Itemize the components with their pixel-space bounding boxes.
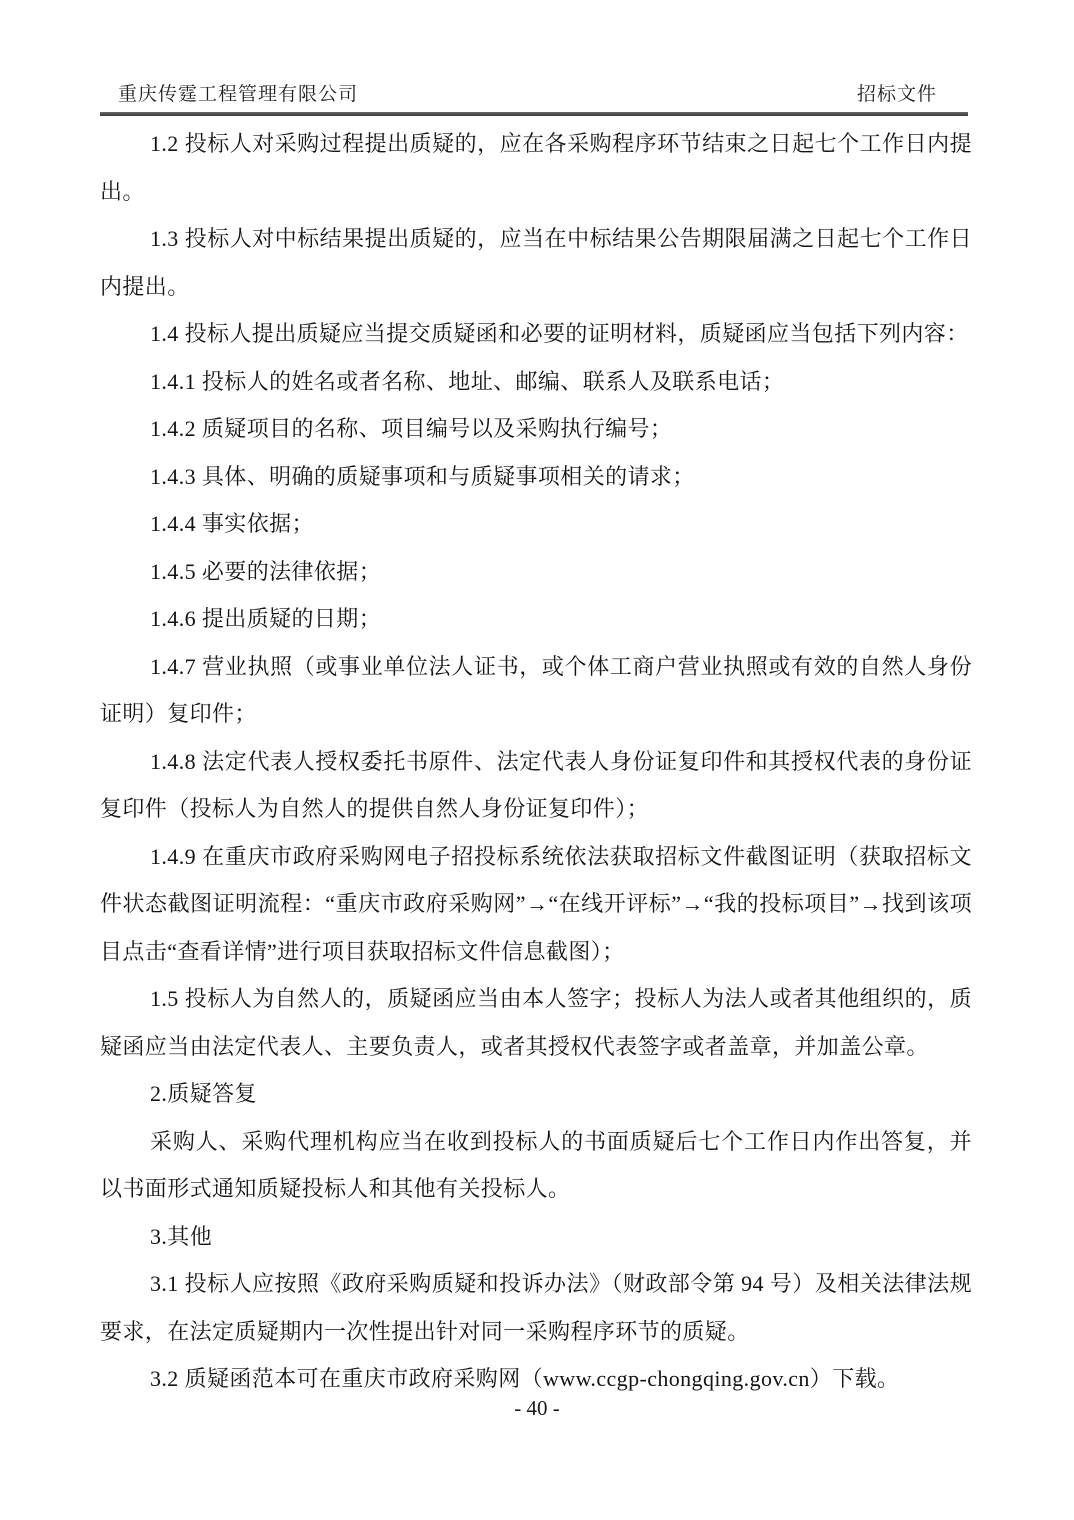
page-footer: - 40 - — [0, 1396, 1074, 1421]
paragraph: 1.4.6 提出质疑的日期； — [100, 595, 972, 643]
paragraph: 1.4.5 必要的法律依据； — [100, 548, 972, 596]
paragraph: 1.4.2 质疑项目的名称、项目编号以及采购执行编号； — [100, 405, 972, 453]
document-body: 1.2 投标人对采购过程提出质疑的，应在各采购程序环节结束之日起七个工作日内提出… — [100, 120, 972, 1403]
header-rule — [100, 112, 968, 116]
paragraph: 1.2 投标人对采购过程提出质疑的，应在各采购程序环节结束之日起七个工作日内提出… — [100, 120, 972, 215]
paragraph: 1.4.7 营业执照（或事业单位法人证书，或个体工商户营业执照或有效的自然人身份… — [100, 643, 972, 738]
paragraph: 3.其他 — [100, 1213, 972, 1261]
page-header: 重庆传霆工程管理有限公司 招标文件 — [100, 82, 967, 108]
paragraph: 1.5 投标人为自然人的，质疑函应当由本人签字；投标人为法人或者其他组织的，质疑… — [100, 975, 972, 1070]
header-doc-label: 招标文件 — [857, 82, 967, 108]
paragraph: 1.3 投标人对中标结果提出质疑的，应当在中标结果公告期限届满之日起七个工作日内… — [100, 215, 972, 310]
paragraph: 1.4.8 法定代表人授权委托书原件、法定代表人身份证复印件和其授权代表的身份证… — [100, 738, 972, 833]
paragraph: 2.质疑答复 — [100, 1070, 972, 1118]
paragraph: 采购人、采购代理机构应当在收到投标人的书面质疑后七个工作日内作出答复，并以书面形… — [100, 1118, 972, 1213]
paragraph: 3.1 投标人应按照《政府采购质疑和投诉办法》（财政部令第 94 号）及相关法律… — [100, 1260, 972, 1355]
paragraph: 1.4.1 投标人的姓名或者名称、地址、邮编、联系人及联系电话； — [100, 358, 972, 406]
header-company-name: 重庆传霆工程管理有限公司 — [100, 82, 358, 108]
page-number: - 40 - — [514, 1396, 560, 1420]
paragraph: 1.4.9 在重庆市政府采购网电子招投标系统依法获取招标文件截图证明（获取招标文… — [100, 833, 972, 976]
paragraph: 1.4 投标人提出质疑应当提交质疑函和必要的证明材料，质疑函应当包括下列内容： — [100, 310, 972, 358]
document-page: 重庆传霆工程管理有限公司 招标文件 1.2 投标人对采购过程提出质疑的，应在各采… — [0, 0, 1074, 1520]
paragraph: 1.4.3 具体、明确的质疑事项和与质疑事项相关的请求； — [100, 453, 972, 501]
paragraph: 1.4.4 事实依据； — [100, 500, 972, 548]
